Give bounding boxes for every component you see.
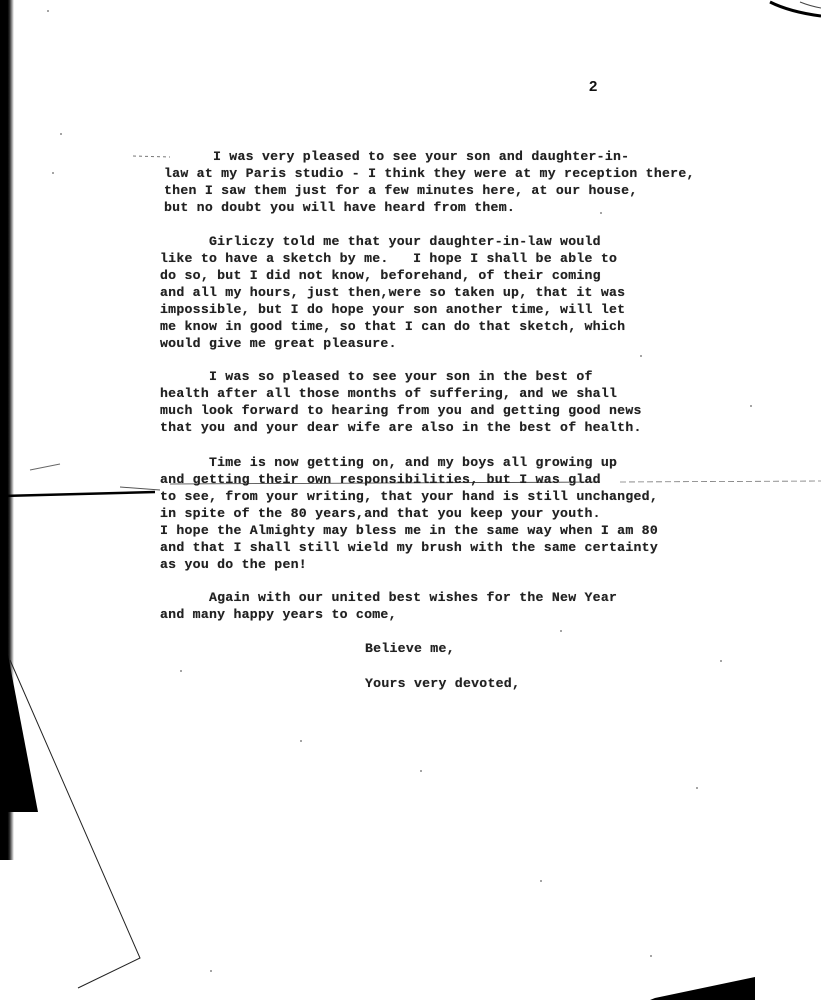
- text-line: that you and your dear wife are also in …: [160, 419, 642, 436]
- text-line: and all my hours, just then,were so take…: [160, 284, 625, 301]
- text-line: would give me great pleasure.: [160, 335, 397, 352]
- text-line: much look forward to hearing from you an…: [160, 402, 642, 419]
- text-line: I was very pleased to see your son and d…: [164, 148, 629, 165]
- scan-speck: [696, 787, 698, 789]
- text-line: then I saw them just for a few minutes h…: [164, 182, 638, 199]
- closing-signoff: Yours very devoted,: [365, 675, 520, 692]
- scan-speck: [300, 740, 302, 742]
- scan-speck: [750, 405, 752, 407]
- text-line: impossible, but I do hope your son anoth…: [160, 301, 625, 318]
- text-line: and getting their own responsibilities, …: [160, 471, 601, 488]
- scan-speck: [720, 660, 722, 662]
- scan-speck: [180, 670, 182, 672]
- text-line: do so, but I did not know, beforehand, o…: [160, 267, 601, 284]
- text-line: but no doubt you will have heard from th…: [164, 199, 515, 216]
- scan-speck: [650, 955, 652, 957]
- scan-speck: [47, 10, 49, 12]
- scan-speck: [540, 880, 542, 882]
- text-line: law at my Paris studio - I think they we…: [164, 165, 695, 182]
- scan-speck: [52, 172, 54, 174]
- text-line: me know in good time, so that I can do t…: [160, 318, 625, 335]
- text-line: Time is now getting on, and my boys all …: [160, 454, 617, 471]
- closing-salutation: Believe me,: [365, 640, 455, 657]
- scan-speck: [600, 212, 602, 214]
- text-line: health after all those months of sufferi…: [160, 385, 617, 402]
- scan-speck: [640, 355, 642, 357]
- text-line: like to have a sketch by me. I hope I sh…: [160, 250, 617, 267]
- text-line: Again with our united best wishes for th…: [160, 589, 617, 606]
- text-line: Girliczy told me that your daughter-in-l…: [160, 233, 601, 250]
- scan-speck: [420, 770, 422, 772]
- scan-speck: [210, 970, 212, 972]
- text-line: and many happy years to come,: [160, 606, 397, 623]
- scan-speck: [560, 630, 562, 632]
- text-line: in spite of the 80 years,and that you ke…: [160, 505, 601, 522]
- text-line: as you do the pen!: [160, 556, 307, 573]
- scan-speck: [60, 133, 62, 135]
- text-line: I was so pleased to see your son in the …: [160, 368, 593, 385]
- text-line: I hope the Almighty may bless me in the …: [160, 522, 658, 539]
- text-line: to see, from your writing, that your han…: [160, 488, 658, 505]
- page-number: 2: [589, 78, 597, 95]
- letter-page: 2 I was very pleased to see your son and…: [0, 0, 821, 1000]
- text-line: and that I shall still wield my brush wi…: [160, 539, 658, 556]
